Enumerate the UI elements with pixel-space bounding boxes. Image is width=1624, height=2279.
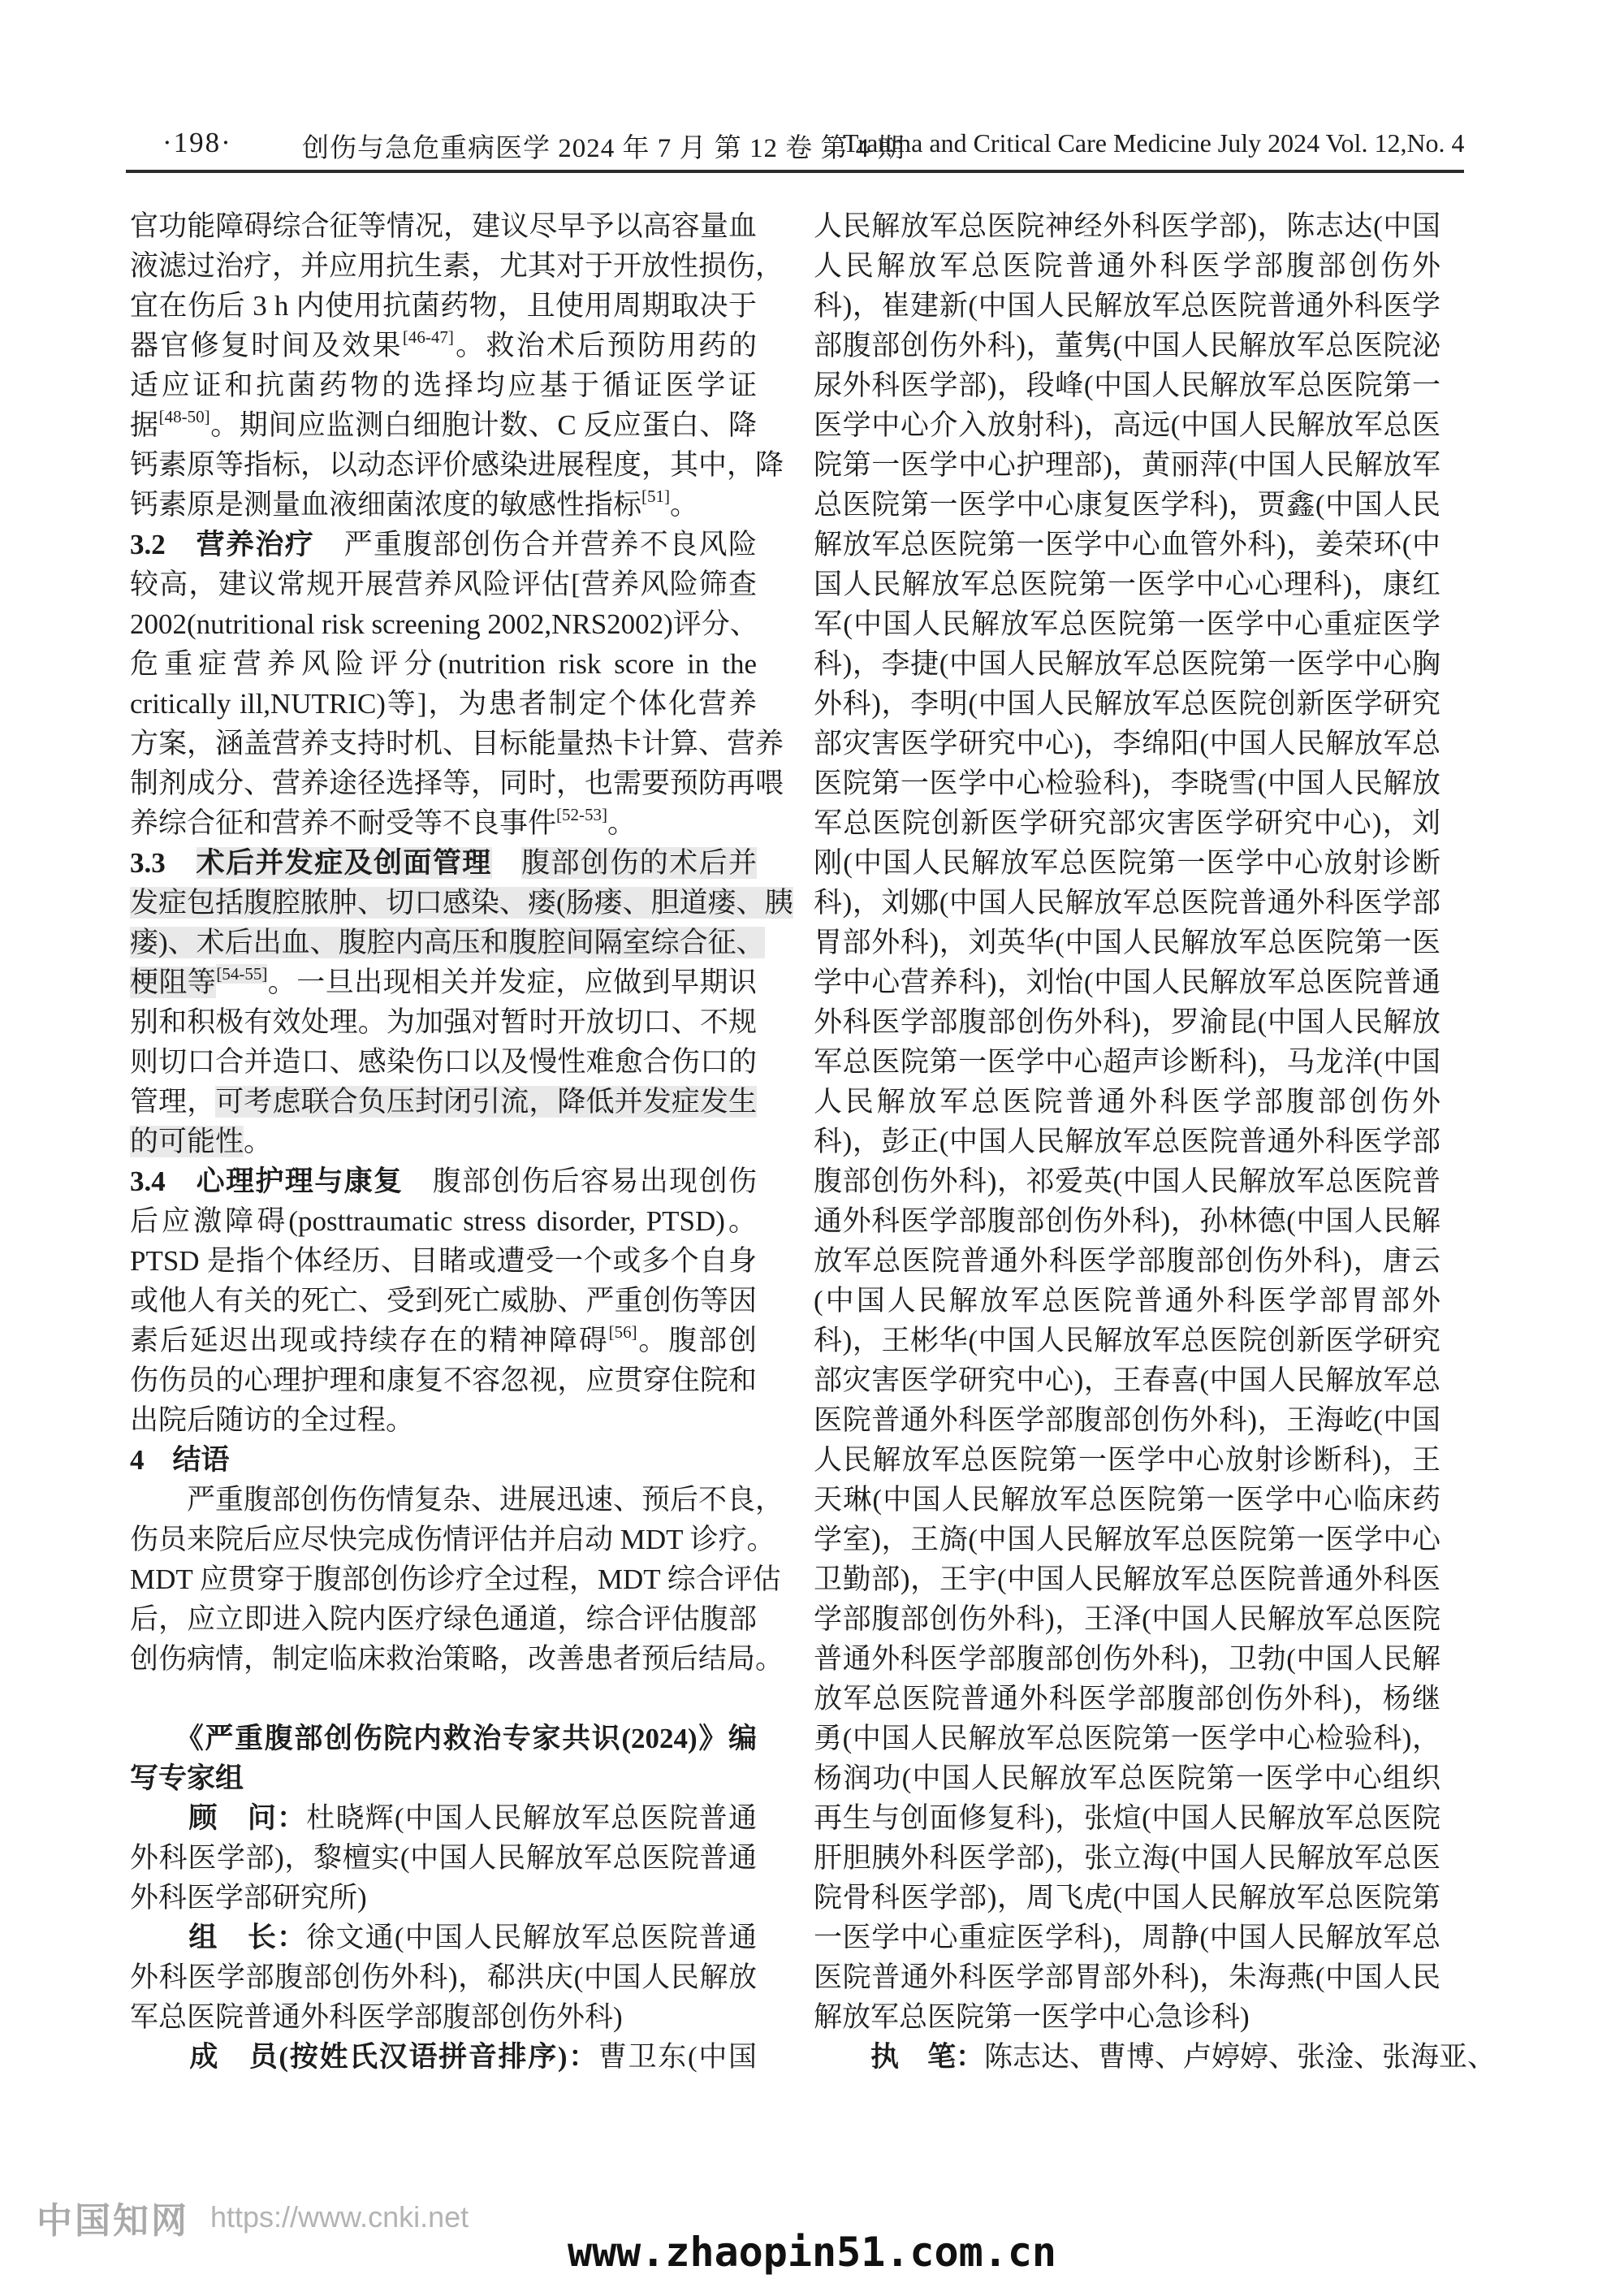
citation-ref: [48-50]: [159, 407, 210, 426]
text-segment: 人民解放军总医院第一医学中心放射诊断科)，王: [814, 1444, 1440, 1476]
text-segment: MDT 应贯穿于腹部创伤诊疗全过程，MDT 综合评估: [130, 1563, 781, 1595]
text-segment: 军总医院普通外科医学部腹部创伤外科): [130, 2001, 623, 2033]
text-line: 医院第一医学中心检验科)，李晓雪(中国人民解放: [814, 763, 1440, 803]
text-segment: 腹部创伤外科)，祁爱英(中国人民解放军总医院普: [814, 1165, 1440, 1197]
text-line: 较高，建议常规开展营养风险评估[营养风险筛查: [130, 564, 757, 604]
text-segment: 部灾害医学研究中心)，李绵阳(中国人民解放军总: [814, 728, 1440, 759]
text-segment: 2002(nutritional risk screening 2002,NRS…: [130, 608, 758, 640]
text-segment: 院骨科医学部)，周飞虎(中国人民解放军总医院第: [814, 1882, 1440, 1914]
text-segment: 腹部创伤的术后并: [521, 847, 757, 879]
text-segment: 总医院第一医学中心康复医学科)，贾鑫(中国人民: [814, 489, 1440, 521]
text-line: 通外科医学部腹部创伤外科)，孙林德(中国人民解: [814, 1201, 1440, 1241]
text-line: 卫勤部)，王宇(中国人民解放军总医院普通外科医: [814, 1559, 1440, 1599]
text-line: 管理，可考虑联合负压封闭引流，降低并发症发生: [130, 1082, 757, 1122]
text-segment: 伤员来院后应尽快完成伤情评估并启动 MDT 诊疗。: [130, 1524, 775, 1555]
text-segment: 。救治术后预防用药的: [454, 330, 757, 361]
text-segment: 则切口合并造口、感染伤口以及慢性难愈合伤口的: [130, 1046, 757, 1078]
text-line: 科)，彭正(中国人民解放军总医院普通外科医学部: [814, 1122, 1440, 1161]
text-line: 人民解放军总医院神经外科医学部)，陈志达(中国: [814, 206, 1440, 246]
text-line: 外科)，李明(中国人民解放军总医院创新医学研究: [814, 684, 1440, 724]
text-line: 再生与创面修复科)，张煊(中国人民解放军总医院: [814, 1798, 1440, 1838]
text-line: 总医院第一医学中心康复医学科)，贾鑫(中国人民: [814, 485, 1440, 525]
text-segment: 创伤病情，制定临床救治策略，改善患者预后结局。: [130, 1643, 784, 1675]
text-segment: 卫勤部)，王宇(中国人民解放军总医院普通外科医: [814, 1563, 1440, 1595]
text-segment: 胃部外科)，刘英华(中国人民解放军总医院第一医: [814, 927, 1440, 958]
text-line: 梗阻等[54-55]。一旦出现相关并发症，应做到早期识: [130, 962, 757, 1002]
text-segment: 。: [244, 1126, 272, 1157]
text-line: 或他人有关的死亡、受到死亡威胁、严重创伤等因: [130, 1281, 757, 1321]
text-line: 钙素原是测量血液细菌浓度的敏感性指标[51]。: [130, 485, 757, 525]
text-segment: 科)，崔建新(中国人民解放军总医院普通外科医学: [814, 290, 1440, 322]
text-segment: 钙素原等指标，以动态评价感染进展程度，其中，降: [130, 449, 784, 481]
text-line: 4 结语: [130, 1440, 757, 1480]
text-segment: 放军总医院普通外科医学部腹部创伤外科)，杨继: [814, 1683, 1440, 1715]
text-segment: 国人民解放军总医院第一医学中心心理科)，康红: [814, 569, 1440, 600]
text-line: 学部腹部创伤外科)，王泽(中国人民解放军总医院: [814, 1599, 1440, 1639]
text-segment: 别和积极有效处理。为加强对暂时开放切口、不规: [130, 1006, 757, 1038]
text-line: 伤员来院后应尽快完成伤情评估并启动 MDT 诊疗。: [130, 1520, 757, 1559]
text-segment: 人民解放军总医院普通外科医学部腹部创伤外: [814, 250, 1440, 282]
text-line: 人民解放军总医院普通外科医学部腹部创伤外: [814, 246, 1440, 286]
text-segment: 执 笔：: [870, 2041, 984, 2073]
text-segment: 部灾害医学研究中心)，王春喜(中国人民解放军总: [814, 1364, 1440, 1396]
text-segment: 4 结语: [130, 1444, 230, 1476]
text-segment: 学中心营养科)，刘怡(中国人民解放军总医院普通: [814, 967, 1440, 998]
text-segment: 外科医学部腹部创伤外科)，罗渝昆(中国人民解放: [814, 1006, 1440, 1038]
text-segment: 。期间应监测白细胞计数、C 反应蛋白、降: [210, 409, 757, 441]
text-line: 解放军总医院第一医学中心急诊科): [814, 1997, 1440, 2037]
text-segment: 术后并发症及创面管理: [197, 847, 492, 879]
text-line: 部灾害医学研究中心)，王春喜(中国人民解放军总: [814, 1360, 1440, 1400]
article-column-right: 人民解放军总医院神经外科医学部)，陈志达(中国人民解放军总医院普通外科医学部腹部…: [814, 206, 1440, 2077]
text-line: (中国人民解放军总医院普通外科医学部胃部外: [814, 1281, 1440, 1321]
text-line: 3.3 术后并发症及创面管理 腹部创伤的术后并: [130, 843, 757, 883]
text-line: 肝胆胰外科医学部)，张立海(中国人民解放军总医: [814, 1838, 1440, 1878]
text-segment: PTSD 是指个体经历、目睹或遭受一个或多个自身: [130, 1245, 757, 1277]
text-line: 成 员(按姓氏汉语拼音排序)：曹卫东(中国: [130, 2037, 757, 2077]
text-line: 医院普通外科医学部腹部创伤外科)，王海屹(中国: [814, 1400, 1440, 1440]
text-segment: 院第一医学中心护理部)，黄丽萍(中国人民解放军: [814, 449, 1440, 481]
text-segment: 医院普通外科医学部腹部创伤外科)，王海屹(中国: [814, 1404, 1440, 1436]
text-segment: 科)，彭正(中国人民解放军总医院普通外科医学部: [814, 1126, 1440, 1157]
text-line: 顾 问：杜晓辉(中国人民解放军总医院普通: [130, 1798, 757, 1838]
text-segment: 一医学中心重症医学科)，周静(中国人民解放军总: [814, 1922, 1440, 1953]
text-line: 发症包括腹腔脓肿、切口感染、瘘(肠瘘、胆道瘘、胰: [130, 883, 757, 923]
text-segment: 或他人有关的死亡、受到死亡威胁、严重创伤等因: [130, 1285, 757, 1317]
text-line: 医学中心介入放射科)，高远(中国人民解放军总医: [814, 405, 1440, 445]
text-line: 院第一医学中心护理部)，黄丽萍(中国人民解放军: [814, 445, 1440, 485]
text-segment: [130, 2041, 189, 2073]
text-line: 伤伤员的心理护理和康复不容忽视，应贯穿住院和: [130, 1360, 757, 1400]
text-line: 外科医学部腹部创伤外科)，郗洪庆(中国人民解放: [130, 1957, 757, 1997]
text-line: 天琳(中国人民解放军总医院第一医学中心临床药: [814, 1480, 1440, 1520]
text-segment: 军总医院创新医学研究部灾害医学研究中心)，刘: [814, 807, 1440, 839]
text-segment: 可考虑联合负压封闭引流，降低并发症发生: [215, 1086, 757, 1118]
text-segment: 外科医学部研究所): [130, 1882, 367, 1914]
text-line: 《严重腹部创伤院内救治专家共识(2024)》编: [130, 1719, 757, 1758]
text-segment: 科)，王彬华(中国人民解放军总医院创新医学研究: [814, 1325, 1440, 1356]
text-segment: 写专家组: [130, 1762, 244, 1794]
text-segment: [492, 847, 521, 879]
text-line: 液滤过治疗，并应用抗生素，尤其对于开放性损伤，: [130, 246, 757, 286]
journal-title-en: Trauma and Critical Care Medicine July 2…: [843, 128, 1465, 158]
text-segment: 组 长：: [188, 1922, 306, 1953]
text-segment: 宜在伤后 3 h 内使用抗菌药物，且使用周期取决于: [130, 290, 757, 322]
text-line: 素后延迟出现或持续存在的精神障碍[56]。腹部创: [130, 1321, 757, 1360]
text-line: 危重症营养风险评分(nutrition risk score in the: [130, 644, 757, 684]
text-segment: 医学中心介入放射科)，高远(中国人民解放军总医: [814, 409, 1440, 441]
text-line: 器官修复时间及效果[46-47]。救治术后预防用药的: [130, 326, 757, 365]
text-line: 军总医院创新医学研究部灾害医学研究中心)，刘: [814, 803, 1440, 843]
text-line: PTSD 是指个体经历、目睹或遭受一个或多个自身: [130, 1241, 757, 1281]
text-segment: 素后延迟出现或持续存在的精神障碍: [130, 1325, 609, 1356]
text-line: 科)，刘娜(中国人民解放军总医院普通外科医学部: [814, 883, 1440, 923]
text-segment: 后应激障碍(posttraumatic stress disorder, PTS…: [130, 1205, 757, 1237]
text-line: 的可能性。: [130, 1122, 757, 1161]
journal-page: ·198· 创伤与急危重病医学 2024 年 7 月 第 12 卷 第 4 期 …: [0, 0, 1624, 2279]
text-segment: 管理，: [130, 1086, 215, 1118]
text-line: 军总医院普通外科医学部腹部创伤外科): [130, 1997, 757, 2037]
citation-ref: [46-47]: [403, 327, 454, 347]
text-line: 官功能障碍综合征等情况，建议尽早予以高容量血: [130, 206, 757, 246]
text-line: 科)，李捷(中国人民解放军总医院第一医学中心胸: [814, 644, 1440, 684]
text-segment: 肝胆胰外科医学部)，张立海(中国人民解放军总医: [814, 1842, 1440, 1874]
text-segment: 军总医院第一医学中心超声诊断科)，马龙洋(中国: [814, 1046, 1440, 1078]
text-line: 军总医院第一医学中心超声诊断科)，马龙洋(中国: [814, 1042, 1440, 1082]
text-segment: 杜晓辉(中国人民解放军总医院普通: [306, 1802, 757, 1834]
text-line: 后，应立即进入院内医疗绿色通道，综合评估腹部: [130, 1599, 757, 1639]
cnki-watermark: 中国知网 https://www.cnki.net: [37, 2191, 469, 2243]
citation-ref: [52-53]: [556, 805, 607, 824]
text-line: 外科医学部研究所): [130, 1878, 757, 1918]
text-segment: [130, 1802, 188, 1834]
text-segment: 制剂成分、营养途径选择等，同时，也需要预防再喂: [130, 768, 784, 799]
text-segment: 解放军总医院第一医学中心血管外科)，姜荣环(中: [814, 529, 1440, 560]
cnki-url: https://www.cnki.net: [210, 2200, 469, 2234]
text-segment: 学室)，王旖(中国人民解放军总医院第一医学中心: [814, 1524, 1440, 1555]
text-line: 严重腹部创伤伤情复杂、进展迅速、预后不良，: [130, 1480, 757, 1520]
text-segment: 军(中国人民解放军总医院第一医学中心重症医学: [814, 608, 1440, 640]
text-segment: 危重症营养风险评分(nutrition risk score in the: [130, 648, 757, 680]
text-segment: 人民解放军总医院普通外科医学部腹部创伤外: [814, 1086, 1440, 1118]
text-segment: 外科医学部腹部创伤外科)，郗洪庆(中国人民解放: [130, 1961, 757, 1993]
text-segment: 医院第一医学中心检验科)，李晓雪(中国人民解放: [814, 768, 1440, 799]
text-segment: 瘘)、术后出血、腹腔内高压和腹腔间隔室综合征、: [130, 927, 765, 958]
text-line: 适应证和抗菌药物的选择均应基于循证医学证: [130, 365, 757, 405]
text-line: 学室)，王旖(中国人民解放军总医院第一医学中心: [814, 1520, 1440, 1559]
text-line: 执 笔：陈志达、曹博、卢婷婷、张淦、张海亚、: [814, 2037, 1440, 2077]
text-line: 宜在伤后 3 h 内使用抗菌药物，且使用周期取决于: [130, 286, 757, 326]
text-segment: 人民解放军总医院神经外科医学部)，陈志达(中国: [814, 210, 1440, 242]
text-segment: 据: [130, 409, 159, 441]
text-segment: 出院后随访的全过程。: [130, 1404, 414, 1436]
text-segment: 。: [607, 807, 636, 839]
page-number: ·198·: [162, 127, 232, 159]
text-line: 制剂成分、营养途径选择等，同时，也需要预防再喂: [130, 763, 757, 803]
zhaopin-watermark: www.zhaopin51.com.cn: [568, 2229, 1056, 2276]
text-line: 3.2 营养治疗 严重腹部创伤合并营养不良风险: [130, 525, 757, 564]
text-line: 国人民解放军总医院第一医学中心心理科)，康红: [814, 564, 1440, 604]
text-segment: 解放军总医院第一医学中心急诊科): [814, 2001, 1250, 2033]
text-segment: 钙素原是测量血液细菌浓度的敏感性指标: [130, 489, 641, 521]
text-segment: [130, 1922, 188, 1953]
text-segment: 液滤过治疗，并应用抗生素，尤其对于开放性损伤，: [130, 250, 784, 282]
text-segment: 陈志达、曹博、卢婷婷、张淦、张海亚、: [984, 2041, 1496, 2073]
text-line: 刚(中国人民解放军总医院第一医学中心放射诊断: [814, 843, 1440, 883]
text-line: 科)，王彬华(中国人民解放军总医院创新医学研究: [814, 1321, 1440, 1360]
text-line: 人民解放军总医院普通外科医学部腹部创伤外: [814, 1082, 1440, 1122]
text-line: 则切口合并造口、感染伤口以及慢性难愈合伤口的: [130, 1042, 757, 1082]
text-line: 写专家组: [130, 1758, 757, 1798]
text-line: 创伤病情，制定临床救治策略，改善患者预后结局。: [130, 1639, 757, 1679]
text-line: 腹部创伤外科)，祁爱英(中国人民解放军总医院普: [814, 1161, 1440, 1201]
text-segment: 严重腹部创伤合并营养不良风险: [314, 529, 757, 560]
text-segment: 。腹部创: [637, 1325, 757, 1356]
text-segment: 普通外科医学部腹部创伤外科)，卫勃(中国人民解: [814, 1643, 1440, 1675]
text-line: 一医学中心重症医学科)，周静(中国人民解放军总: [814, 1918, 1440, 1957]
text-segment: 梗阻等: [130, 967, 216, 998]
text-segment: 器官修复时间及效果: [130, 330, 403, 361]
text-segment: 成 员(按姓氏汉语拼音排序)：: [189, 2041, 598, 2073]
text-line: 外科医学部)，黎檀实(中国人民解放军总医院普通: [130, 1838, 757, 1878]
text-segment: 科)，李捷(中国人民解放军总医院第一医学中心胸: [814, 648, 1440, 680]
text-line: 据[48-50]。期间应监测白细胞计数、C 反应蛋白、降: [130, 405, 757, 445]
text-line: 部灾害医学研究中心)，李绵阳(中国人民解放军总: [814, 724, 1440, 763]
citation-ref: [51]: [641, 487, 670, 506]
text-segment: 发症包括腹腔脓肿、切口感染、瘘(肠瘘、胆道瘘、胰: [130, 887, 793, 919]
text-line: 普通外科医学部腹部创伤外科)，卫勃(中国人民解: [814, 1639, 1440, 1679]
text-line: 放军总医院普通外科医学部腹部创伤外科)，唐云: [814, 1241, 1440, 1281]
text-segment: 通外科医学部腹部创伤外科)，孙林德(中国人民解: [814, 1205, 1440, 1237]
text-line: 勇(中国人民解放军总医院第一医学中心检验科)，: [814, 1719, 1440, 1758]
text-line: 后应激障碍(posttraumatic stress disorder, PTS…: [130, 1201, 757, 1241]
text-segment: 再生与创面修复科)，张煊(中国人民解放军总医院: [814, 1802, 1440, 1834]
text-line: 组 长：徐文通(中国人民解放军总医院普通: [130, 1918, 757, 1957]
text-segment: 方案，涵盖营养支持时机、目标能量热卡计算、营养: [130, 728, 784, 759]
text-segment: 3.3: [130, 847, 197, 879]
text-line: 学中心营养科)，刘怡(中国人民解放军总医院普通: [814, 962, 1440, 1002]
text-line: 医院普通外科医学部胃部外科)，朱海燕(中国人民: [814, 1957, 1440, 1997]
text-line: 3.4 心理护理与康复 腹部创伤后容易出现创伤: [130, 1161, 757, 1201]
text-segment: 医院普通外科医学部胃部外科)，朱海燕(中国人民: [814, 1961, 1440, 1993]
text-segment: 。: [670, 489, 698, 521]
text-segment: 的可能性: [130, 1126, 244, 1157]
text-segment: 。一旦出现相关并发症，应做到早期识: [267, 967, 757, 998]
text-line: critically ill,NUTRIC)等]，为患者制定个体化营养: [130, 684, 757, 724]
text-line: 军(中国人民解放军总医院第一医学中心重症医学: [814, 604, 1440, 644]
text-line: 胃部外科)，刘英华(中国人民解放军总医院第一医: [814, 923, 1440, 962]
header-rule: [126, 170, 1464, 173]
text-line: 出院后随访的全过程。: [130, 1400, 757, 1440]
text-line: 养综合征和营养不耐受等不良事件[52-53]。: [130, 803, 757, 843]
text-line: 人民解放军总医院第一医学中心放射诊断科)，王: [814, 1440, 1440, 1480]
text-segment: 养综合征和营养不耐受等不良事件: [130, 807, 556, 839]
text-segment: 《严重腹部创伤院内救治专家共识(2024)》编: [130, 1723, 757, 1754]
text-segment: critically ill,NUTRIC)等]，为患者制定个体化营养: [130, 688, 757, 720]
text-segment: 放军总医院普通外科医学部腹部创伤外科)，唐云: [814, 1245, 1440, 1277]
text-segment: 外科医学部)，黎檀实(中国人民解放军总医院普通: [130, 1842, 757, 1874]
text-line: 放军总医院普通外科医学部腹部创伤外科)，杨继: [814, 1679, 1440, 1719]
text-line: 科)，崔建新(中国人民解放军总医院普通外科医学: [814, 286, 1440, 326]
text-segment: 腹部创伤后容易出现创伤: [403, 1165, 757, 1197]
citation-ref: [56]: [609, 1322, 637, 1342]
text-line: 方案，涵盖营养支持时机、目标能量热卡计算、营养: [130, 724, 757, 763]
text-line: 2002(nutritional risk screening 2002,NRS…: [130, 604, 757, 644]
text-segment: 杨润功(中国人民解放军总医院第一医学中心组织: [814, 1762, 1440, 1794]
text-segment: 严重腹部创伤伤情复杂、进展迅速、预后不良，: [130, 1484, 784, 1516]
journal-title-cn: 创伤与急危重病医学 2024 年 7 月 第 12 卷 第 4 期: [302, 127, 905, 165]
text-segment: 后，应立即进入院内医疗绿色通道，综合评估腹部: [130, 1603, 757, 1635]
text-segment: 学部腹部创伤外科)，王泽(中国人民解放军总医院: [814, 1603, 1440, 1635]
text-segment: 天琳(中国人民解放军总医院第一医学中心临床药: [814, 1484, 1440, 1516]
text-line: 钙素原等指标，以动态评价感染进展程度，其中，降: [130, 445, 757, 485]
text-line: MDT 应贯穿于腹部创伤诊疗全过程，MDT 综合评估: [130, 1559, 757, 1599]
text-line: 尿外科医学部)，段峰(中国人民解放军总医院第一: [814, 365, 1440, 405]
text-segment: 科)，刘娜(中国人民解放军总医院普通外科医学部: [814, 887, 1440, 919]
text-segment: 3.2 营养治疗: [130, 529, 314, 560]
text-segment: 较高，建议常规开展营养风险评估[营养风险筛查: [130, 569, 757, 600]
text-line: 瘘)、术后出血、腹腔内高压和腹腔间隔室综合征、: [130, 923, 757, 962]
article-column-left: 官功能障碍综合征等情况，建议尽早予以高容量血液滤过治疗，并应用抗生素，尤其对于开…: [130, 206, 757, 2077]
text-segment: (中国人民解放军总医院普通外科医学部胃部外: [814, 1285, 1440, 1317]
text-segment: 曹卫东(中国: [598, 2041, 757, 2073]
citation-ref: [54-55]: [216, 964, 267, 984]
text-segment: 3.4 心理护理与康复: [130, 1165, 403, 1197]
text-segment: [814, 2041, 870, 2073]
page-header: ·198· 创伤与急危重病医学 2024 年 7 月 第 12 卷 第 4 期 …: [0, 127, 1624, 162]
text-segment: 刚(中国人民解放军总医院第一医学中心放射诊断: [814, 847, 1440, 879]
text-segment: 外科)，李明(中国人民解放军总医院创新医学研究: [814, 688, 1440, 720]
text-segment: 尿外科医学部)，段峰(中国人民解放军总医院第一: [814, 370, 1440, 401]
text-segment: 适应证和抗菌药物的选择均应基于循证医学证: [130, 370, 757, 401]
text-segment: 官功能障碍综合征等情况，建议尽早予以高容量血: [130, 210, 757, 242]
text-line: 解放军总医院第一医学中心血管外科)，姜荣环(中: [814, 525, 1440, 564]
cnki-logo-text: 中国知网: [37, 2191, 189, 2243]
text-segment: 勇(中国人民解放军总医院第一医学中心检验科)，: [814, 1723, 1440, 1754]
text-line: 外科医学部腹部创伤外科)，罗渝昆(中国人民解放: [814, 1002, 1440, 1042]
text-segment: 顾 问：: [188, 1802, 306, 1834]
text-line: 杨润功(中国人民解放军总医院第一医学中心组织: [814, 1758, 1440, 1798]
text-line: 院骨科医学部)，周飞虎(中国人民解放军总医院第: [814, 1878, 1440, 1918]
text-line: 别和积极有效处理。为加强对暂时开放切口、不规: [130, 1002, 757, 1042]
text-segment: 部腹部创伤外科)，董隽(中国人民解放军总医院泌: [814, 330, 1440, 361]
text-segment: 伤伤员的心理护理和康复不容忽视，应贯穿住院和: [130, 1364, 757, 1396]
text-segment: 徐文通(中国人民解放军总医院普通: [306, 1922, 757, 1953]
text-line: 部腹部创伤外科)，董隽(中国人民解放军总医院泌: [814, 326, 1440, 365]
